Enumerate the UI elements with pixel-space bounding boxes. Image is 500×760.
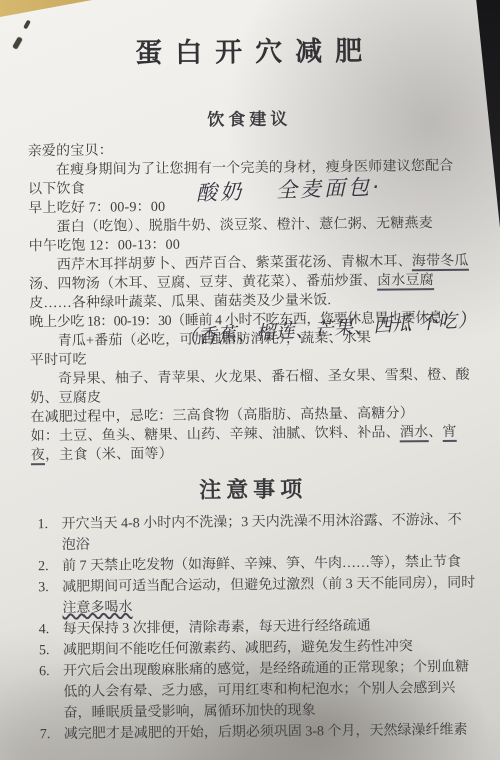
avoid-items-text: ，主食（米、面等） — [45, 447, 173, 463]
note-number: 3. — [32, 577, 62, 619]
lunch-items: 西芹木耳拌胡萝卜、西芹百合、紫菜蛋花汤、青椒木耳、海带冬瓜汤、四物汤（木耳、豆腐… — [29, 252, 474, 314]
note-text: 开穴当天 4-8 小时内不洗澡；3 天内洗澡不用沐浴露、不游泳、不泡浴 — [61, 510, 475, 556]
pen-underlined-food-brined-tofu: 卤水豆腐 — [377, 273, 434, 291]
pen-underlined-food-alcohol: 酒水 — [400, 425, 429, 442]
pen-underlined-food-seaweed-wintermelon: 海带冬瓜 — [412, 254, 469, 272]
note-text: 开穴后会出现酸麻胀痛的感觉，是经络疏通的正常现象；个别血糖低的人会有晕、乏力感，… — [63, 657, 478, 724]
note-item: 7. 减完肥才是减肥的开始，后期必须巩固 3-8 个月，天然绿澡纤维素 — [34, 720, 478, 746]
lunch-items-text: 西芹木耳拌胡萝卜、西芹百合、紫菜蛋花汤、青椒木耳、 — [57, 254, 412, 273]
handwriting-yogurt: 酸奶 — [196, 176, 245, 208]
note-number: 1. — [31, 514, 61, 556]
document-page: 蛋白开穴减肥 饮食建议 亲爱的宝贝： 在瘦身期间为了让您拥有一个完美的身材，瘦身… — [0, 0, 500, 746]
note-text: 减完肥才是减肥的开始，后期必须巩固 3-8 个月，天然绿澡纤维素 — [64, 720, 478, 745]
notes-section-heading: 注意事项 — [31, 471, 475, 507]
note-item: 3. 减肥期间可适当配合运动，但避免过激烈（前 3 天不能同房），同时注意多喝水 — [32, 573, 476, 620]
note-number: 5. — [33, 640, 63, 661]
lunch-items-text: 汤、四物汤（木耳、豆腐、豆芽、黄花菜）、番茄炒蛋、 — [29, 274, 377, 293]
note-number: 6. — [33, 661, 64, 724]
photographed-document: 蛋白开穴减肥 饮食建议 亲爱的宝贝： 在瘦身期间为了让您拥有一个完美的身材，瘦身… — [0, 0, 500, 760]
avoid-separator: 、 — [428, 425, 442, 440]
avoid-items: 如：土豆、鱼头、糖果、山药、辛辣、油腻、饮料、补品、酒水、宵夜，主食（米、面等） — [31, 423, 475, 466]
anytime-items: 奇异果、柚子、青苹果、火龙果、番石榴、圣女果、雪梨、橙、酸奶、豆腐皮 — [30, 366, 474, 409]
lunch-items-text: 皮……各种绿叶蔬菜、瓜果、菌菇类及少量米饭. — [29, 293, 331, 311]
note-number: 2. — [32, 556, 62, 577]
note-item: 6. 开穴后会出现酸麻胀痛的感觉，是经络疏通的正常现象；个别血糖低的人会有晕、乏… — [33, 657, 478, 725]
diet-section-heading: 饮食建议 — [27, 103, 471, 133]
avoid-items-text: 如：土豆、鱼头、糖果、山药、辛辣、油腻、饮料、补品、 — [31, 425, 400, 444]
note-number: 7. — [34, 724, 64, 745]
document-title: 蛋白开穴减肥 — [26, 28, 470, 72]
handwriting-wholewheat-bread: 全麦面包· — [275, 171, 382, 205]
note-item: 1. 开穴当天 4-8 小时内不洗澡；3 天内洗澡不用沐浴露、不游泳、不泡浴 — [31, 510, 475, 557]
note-number: 4. — [33, 619, 63, 640]
note-text: 减肥期间可适当配合运动，但避免过激烈（前 3 天不能同房），同时注意多喝水 — [62, 573, 476, 619]
note-text-main: 减肥期间可适当配合运动，但避免过激烈（前 3 天不能同房），同时 — [62, 576, 475, 595]
pen-underlined-drink-more-water: 注意多喝水 — [62, 600, 132, 616]
